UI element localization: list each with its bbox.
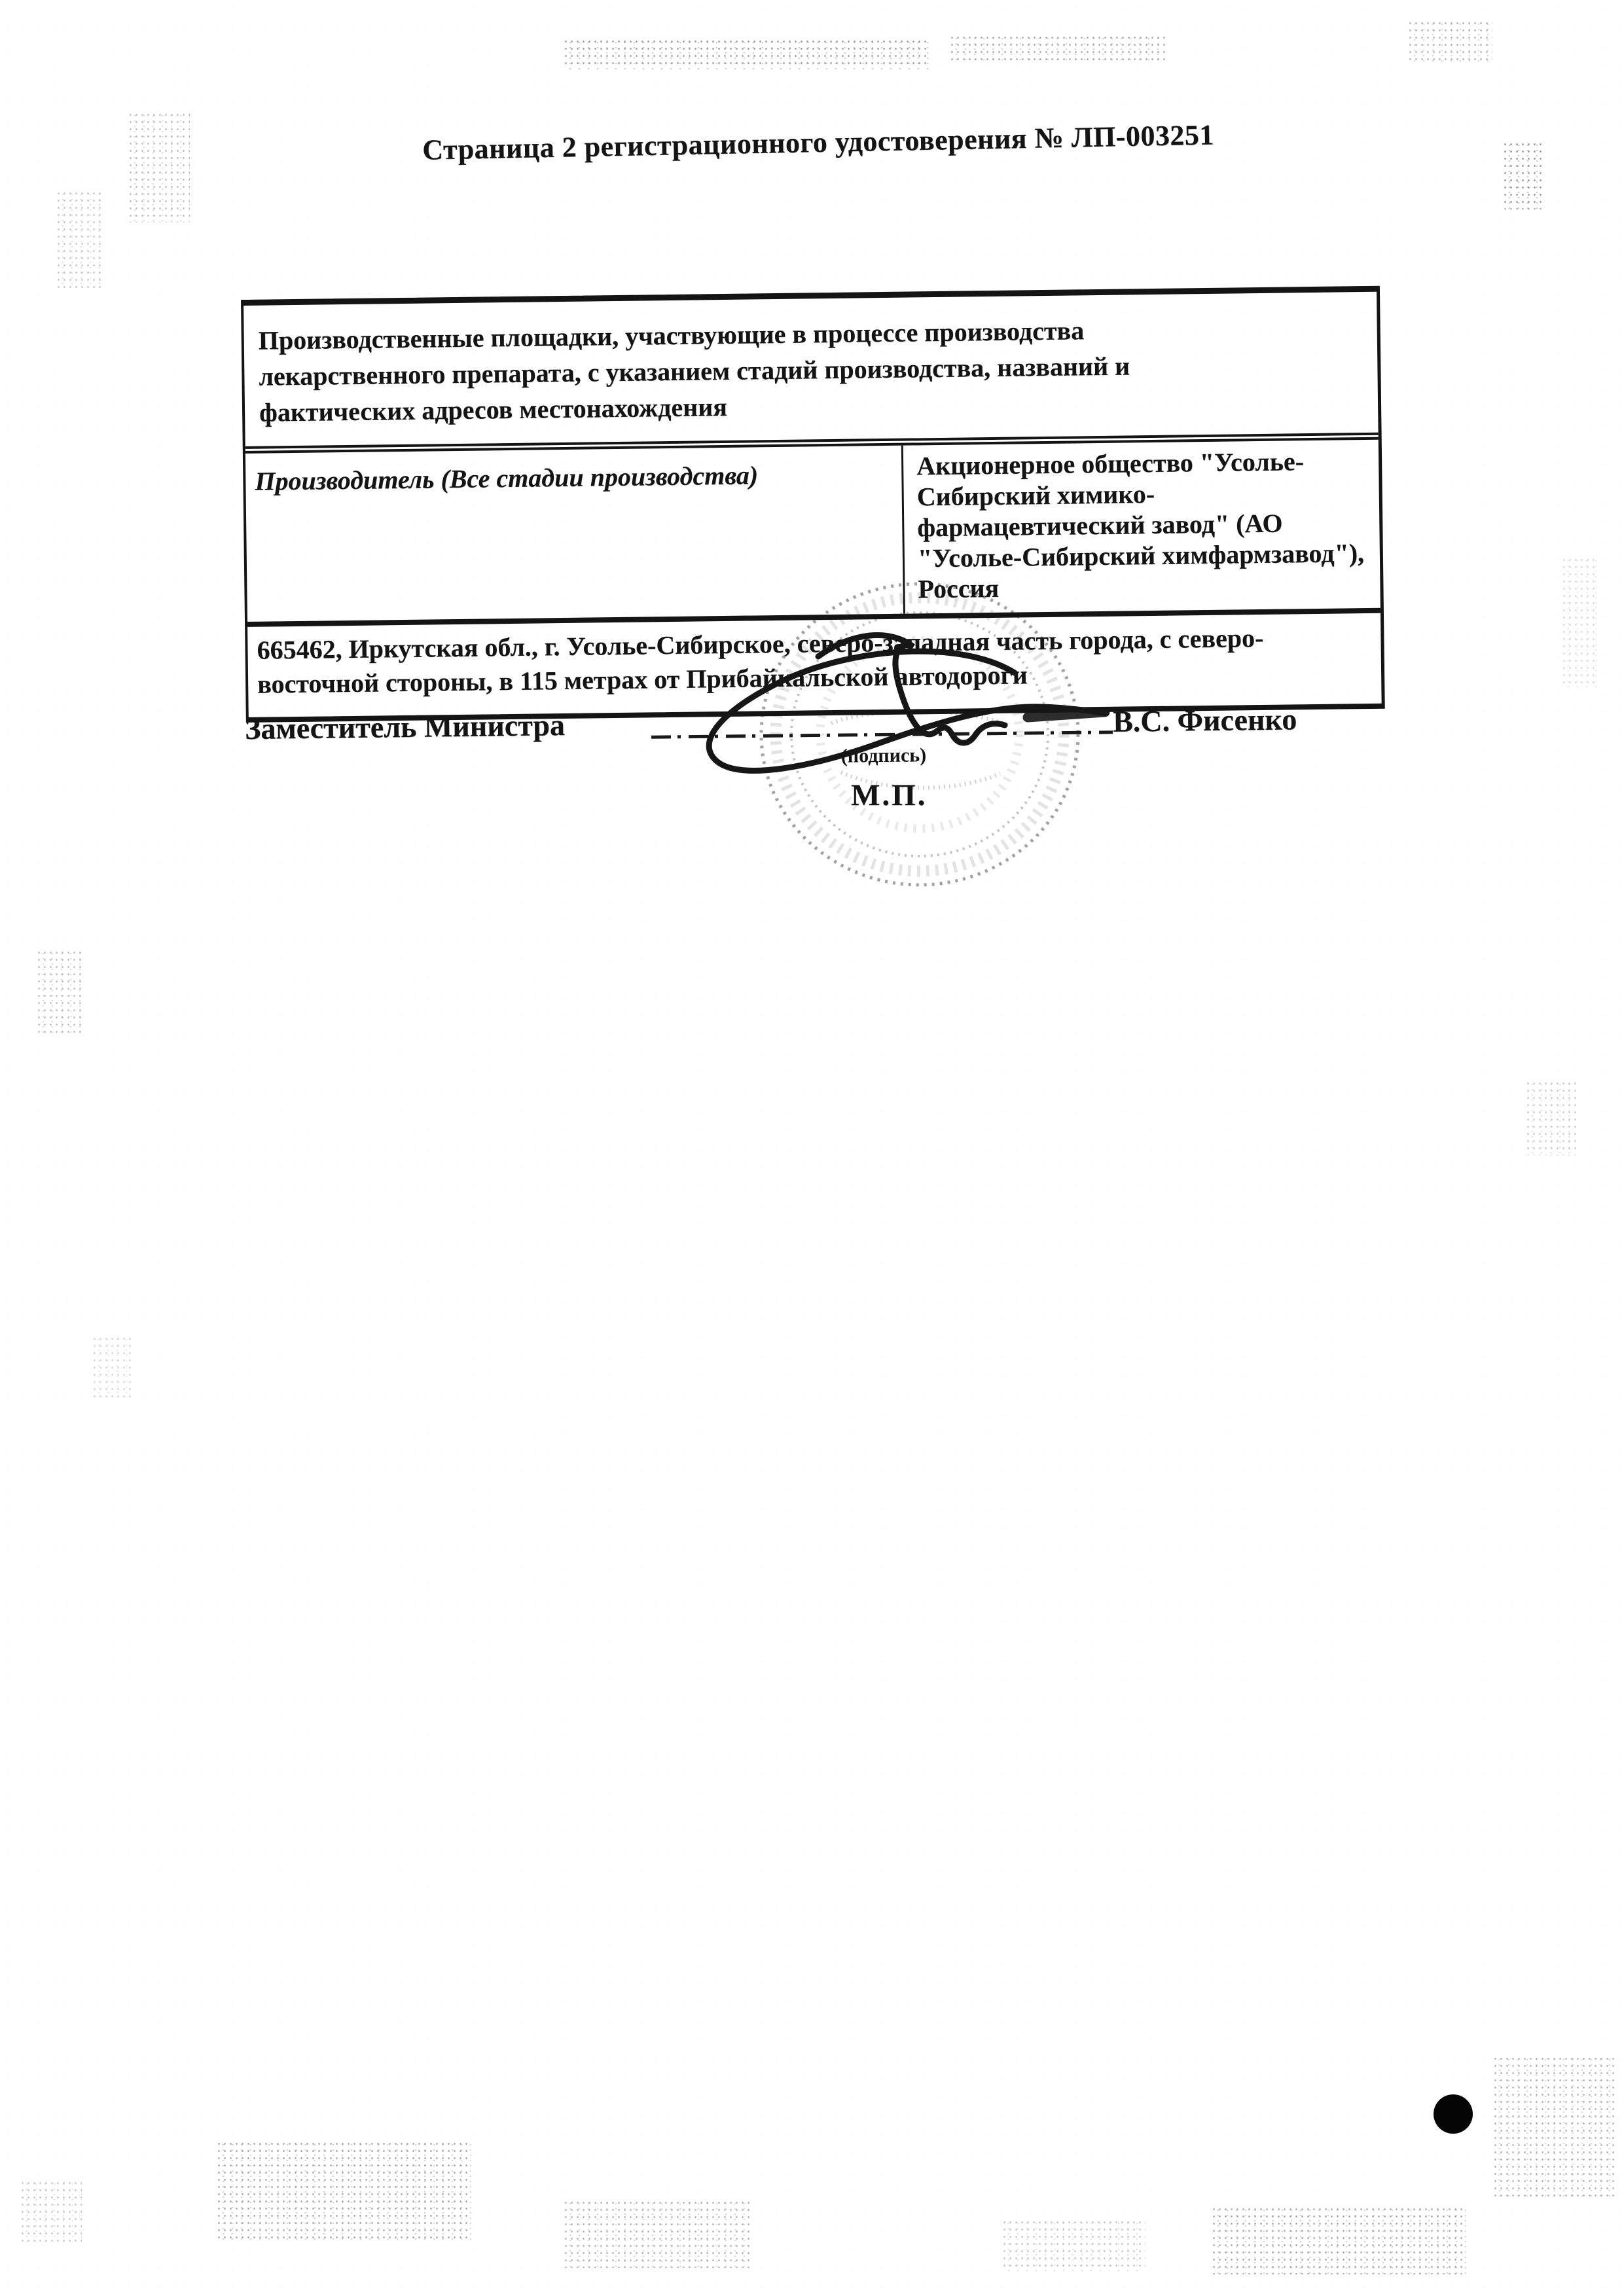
scan-noise-patch [1001, 2219, 1146, 2271]
signature-caption: (подпись) [815, 744, 952, 768]
scan-noise-patch [1525, 1080, 1578, 1155]
scan-noise-patch [56, 190, 105, 288]
scan-noise-patch [1492, 2055, 1617, 2199]
manufacturer-label-cell: Производитель (Все стадии производства) [245, 446, 905, 622]
scan-noise-patch [1502, 141, 1545, 209]
scan-noise-patch [92, 1335, 131, 1397]
scan-noise-patch [1407, 20, 1492, 65]
page-header: Страница 2 регистрационного удостоверени… [406, 118, 1231, 167]
table-row-manufacturer: Производитель (Все стадии производства) … [245, 440, 1380, 627]
signer-name: В.С. Фисенко [1113, 702, 1297, 738]
scan-noise-patch [1211, 2206, 1466, 2274]
scan-noise-patch [949, 34, 1165, 63]
scan-noise-patch [128, 111, 190, 223]
scan-noise-patch [563, 38, 929, 69]
document-page: Страница 2 регистрационного удостоверени… [0, 0, 1624, 2296]
scan-noise-patch [1561, 556, 1597, 687]
punch-hole-dot [1434, 2094, 1473, 2134]
table-header-cell: Производственные площадки, участвующие в… [244, 292, 1379, 454]
scan-noise-patch [36, 949, 85, 1034]
scan-noise-patch [20, 2179, 82, 2242]
scan-noise-patch [216, 2140, 471, 2242]
position-title: Заместитель Министра [245, 708, 565, 746]
manufacturer-value-cell: Акционерное общество "Усолье-Сибирский х… [903, 440, 1380, 614]
seal-place-abbr: М.П. [851, 778, 927, 813]
scan-noise-patch [563, 2199, 753, 2268]
